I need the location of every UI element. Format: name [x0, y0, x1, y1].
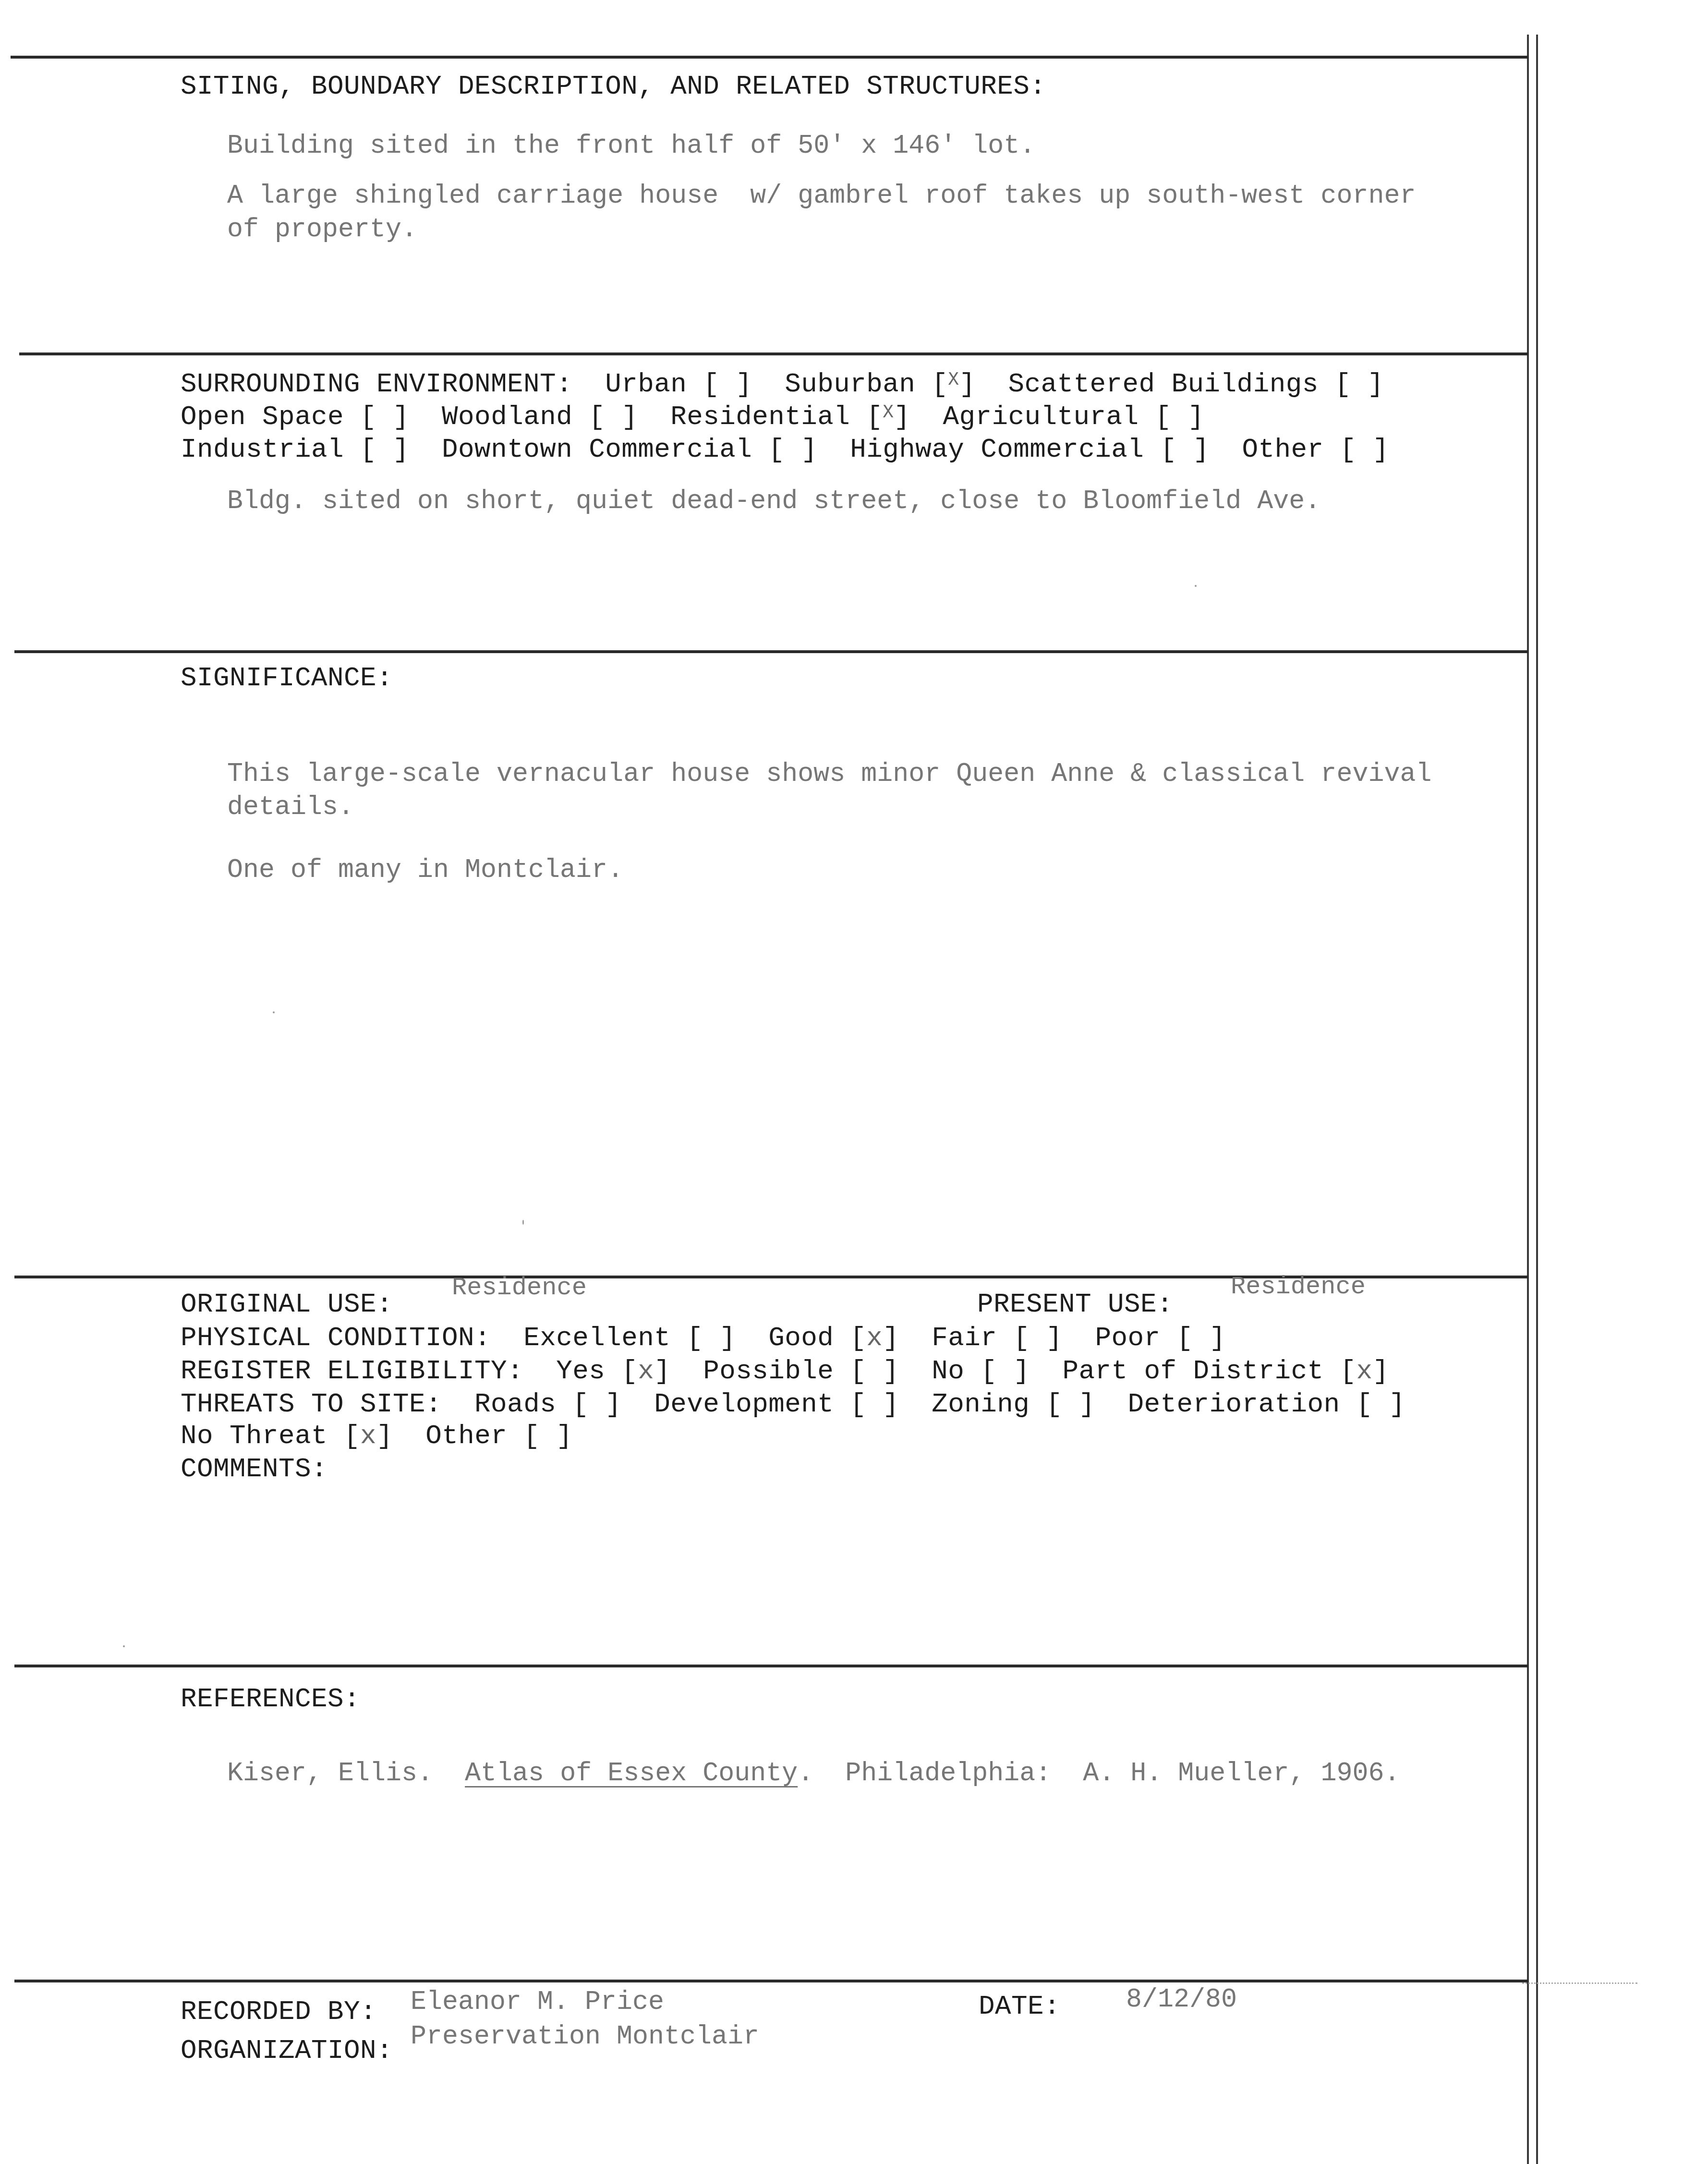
checkbox-zoning[interactable] [1062, 1389, 1078, 1420]
checkbox-development[interactable] [866, 1389, 883, 1420]
siting-text-line: A large shingled carriage house w/ gambr… [227, 182, 1416, 209]
option-development[interactable]: Development [ ] [654, 1389, 899, 1420]
option-other[interactable]: Other [ ] [1242, 434, 1389, 465]
environment-note: Bldg. sited on short, quiet dead-end str… [227, 488, 1320, 514]
date-value[interactable]: 8/12/80 [1126, 1986, 1237, 2013]
recorded-by-label: RECORDED BY: [181, 1998, 376, 2025]
option-industrial[interactable]: Industrial [ ] [181, 434, 409, 465]
section-divider-significance [14, 650, 1528, 653]
threats-row-1: THREATS TO SITE: Roads [ ] Development [… [181, 1391, 1405, 1418]
checkbox-residential[interactable]: X [883, 402, 894, 423]
scan-speck [273, 1011, 275, 1013]
environment-row-2: Open Space [ ] Woodland [ ] Residential … [181, 403, 1204, 430]
comments-label: COMMENTS: [181, 1456, 327, 1483]
scan-artifact-dotted-line [1522, 1982, 1637, 1984]
option-deterioration[interactable]: Deterioration [ ] [1127, 1389, 1405, 1420]
option-scattered-buildings[interactable]: Scattered Buildings [ ] [1008, 369, 1384, 400]
siting-heading: SITING, BOUNDARY DESCRIPTION, AND RELATE… [181, 73, 1046, 100]
significance-heading: SIGNIFICANCE: [181, 665, 393, 692]
recorded-by-value[interactable]: Eleanor M. Price [411, 1989, 664, 2015]
right-border-line-outer [1536, 35, 1538, 2164]
environment-heading: SURROUNDING ENVIRONMENT: [181, 369, 572, 400]
original-use-label: ORIGINAL USE: [181, 1291, 393, 1318]
section-divider-siting [11, 56, 1528, 59]
option-threat-other[interactable]: Other [ ] [425, 1421, 572, 1451]
scan-speck [1195, 585, 1197, 587]
significance-text-line: details. [227, 794, 354, 820]
checkbox-yes[interactable]: x [638, 1356, 654, 1386]
checkbox-fair[interactable] [1030, 1323, 1046, 1353]
option-good[interactable]: Good [x] [768, 1323, 899, 1353]
checkbox-part-of-district[interactable]: x [1357, 1356, 1373, 1386]
physical-condition-label: PHYSICAL CONDITION: [181, 1323, 491, 1353]
option-residential[interactable]: Residential [X] [670, 401, 910, 432]
checkbox-threat-other[interactable] [540, 1421, 556, 1451]
option-possible[interactable]: Possible [ ] [703, 1356, 899, 1386]
section-divider-recorder [14, 1980, 1528, 1982]
checkbox-suburban[interactable]: X [948, 370, 959, 390]
present-use-label: PRESENT USE: [977, 1291, 1173, 1318]
threats-label: THREATS TO SITE: [181, 1389, 442, 1420]
scan-speck [522, 1220, 524, 1225]
present-use-value[interactable]: Residence [1231, 1275, 1366, 1300]
date-label: DATE: [979, 1993, 1060, 2020]
option-roads[interactable]: Roads [ ] [474, 1389, 621, 1420]
option-yes[interactable]: Yes [x] [556, 1356, 670, 1386]
option-no[interactable]: No [ ] [932, 1356, 1030, 1386]
significance-text-line: This large-scale vernacular house shows … [227, 761, 1431, 787]
register-eligibility-row: REGISTER ELIGIBILITY: Yes [x] Possible [… [181, 1358, 1389, 1385]
siting-text-line: Building sited in the front half of 50' … [227, 133, 1035, 159]
references-heading: REFERENCES: [181, 1686, 360, 1713]
checkbox-possible[interactable] [866, 1356, 883, 1386]
checkbox-no[interactable] [997, 1356, 1013, 1386]
original-use-value[interactable]: Residence [452, 1276, 587, 1301]
section-divider-environment [19, 353, 1528, 355]
register-eligibility-label: REGISTER ELIGIBILITY: [181, 1356, 523, 1386]
organization-value[interactable]: Preservation Montclair [411, 2023, 759, 2050]
option-part-of-district[interactable]: Part of District [x] [1062, 1356, 1389, 1386]
environment-row-1: SURROUNDING ENVIRONMENT: Urban [ ] Subur… [181, 371, 1384, 398]
significance-text-line: One of many in Montclair. [227, 857, 623, 883]
option-suburban[interactable]: Suburban [X] [785, 369, 975, 400]
citation-publisher: . Philadelphia: A. H. Mueller, 1906. [798, 1758, 1400, 1788]
environment-row-3: Industrial [ ] Downtown Commercial [ ] H… [181, 436, 1389, 463]
option-open-space[interactable]: Open Space [ ] [181, 401, 409, 432]
scan-speck [123, 1645, 125, 1647]
option-urban[interactable]: Urban [ ] [605, 369, 752, 400]
checkbox-deterioration[interactable] [1373, 1389, 1389, 1420]
threats-row-2: No Threat [x] Other [ ] [181, 1422, 572, 1449]
option-fair[interactable]: Fair [ ] [932, 1323, 1062, 1353]
checkbox-excellent[interactable] [703, 1323, 719, 1353]
option-zoning[interactable]: Zoning [ ] [932, 1389, 1095, 1420]
option-excellent[interactable]: Excellent [ ] [523, 1323, 736, 1353]
option-highway-commercial[interactable]: Highway Commercial [ ] [850, 434, 1209, 465]
option-no-threat[interactable]: No Threat [x] [181, 1421, 393, 1451]
comments-value[interactable] [227, 1489, 1476, 1633]
checkbox-poor[interactable] [1193, 1323, 1209, 1353]
checkbox-good[interactable]: x [866, 1323, 883, 1353]
citation-author: Kiser, Ellis. [227, 1758, 433, 1788]
option-agricultural[interactable]: Agricultural [ ] [943, 401, 1204, 432]
option-woodland[interactable]: Woodland [ ] [442, 401, 638, 432]
checkbox-roads[interactable] [589, 1389, 605, 1420]
physical-condition-row: PHYSICAL CONDITION: Excellent [ ] Good [… [181, 1325, 1226, 1351]
reference-citation: Kiser, Ellis. Atlas of Essex County. Phi… [227, 1760, 1400, 1787]
citation-title: Atlas of Essex County [465, 1758, 798, 1788]
option-downtown-commercial[interactable]: Downtown Commercial [ ] [442, 434, 817, 465]
section-divider-references [14, 1665, 1528, 1667]
siting-text-line: of property. [227, 216, 417, 243]
option-poor[interactable]: Poor [ ] [1095, 1323, 1225, 1353]
checkbox-no-threat[interactable]: x [360, 1421, 376, 1451]
organization-label: ORGANIZATION: [181, 2037, 393, 2064]
